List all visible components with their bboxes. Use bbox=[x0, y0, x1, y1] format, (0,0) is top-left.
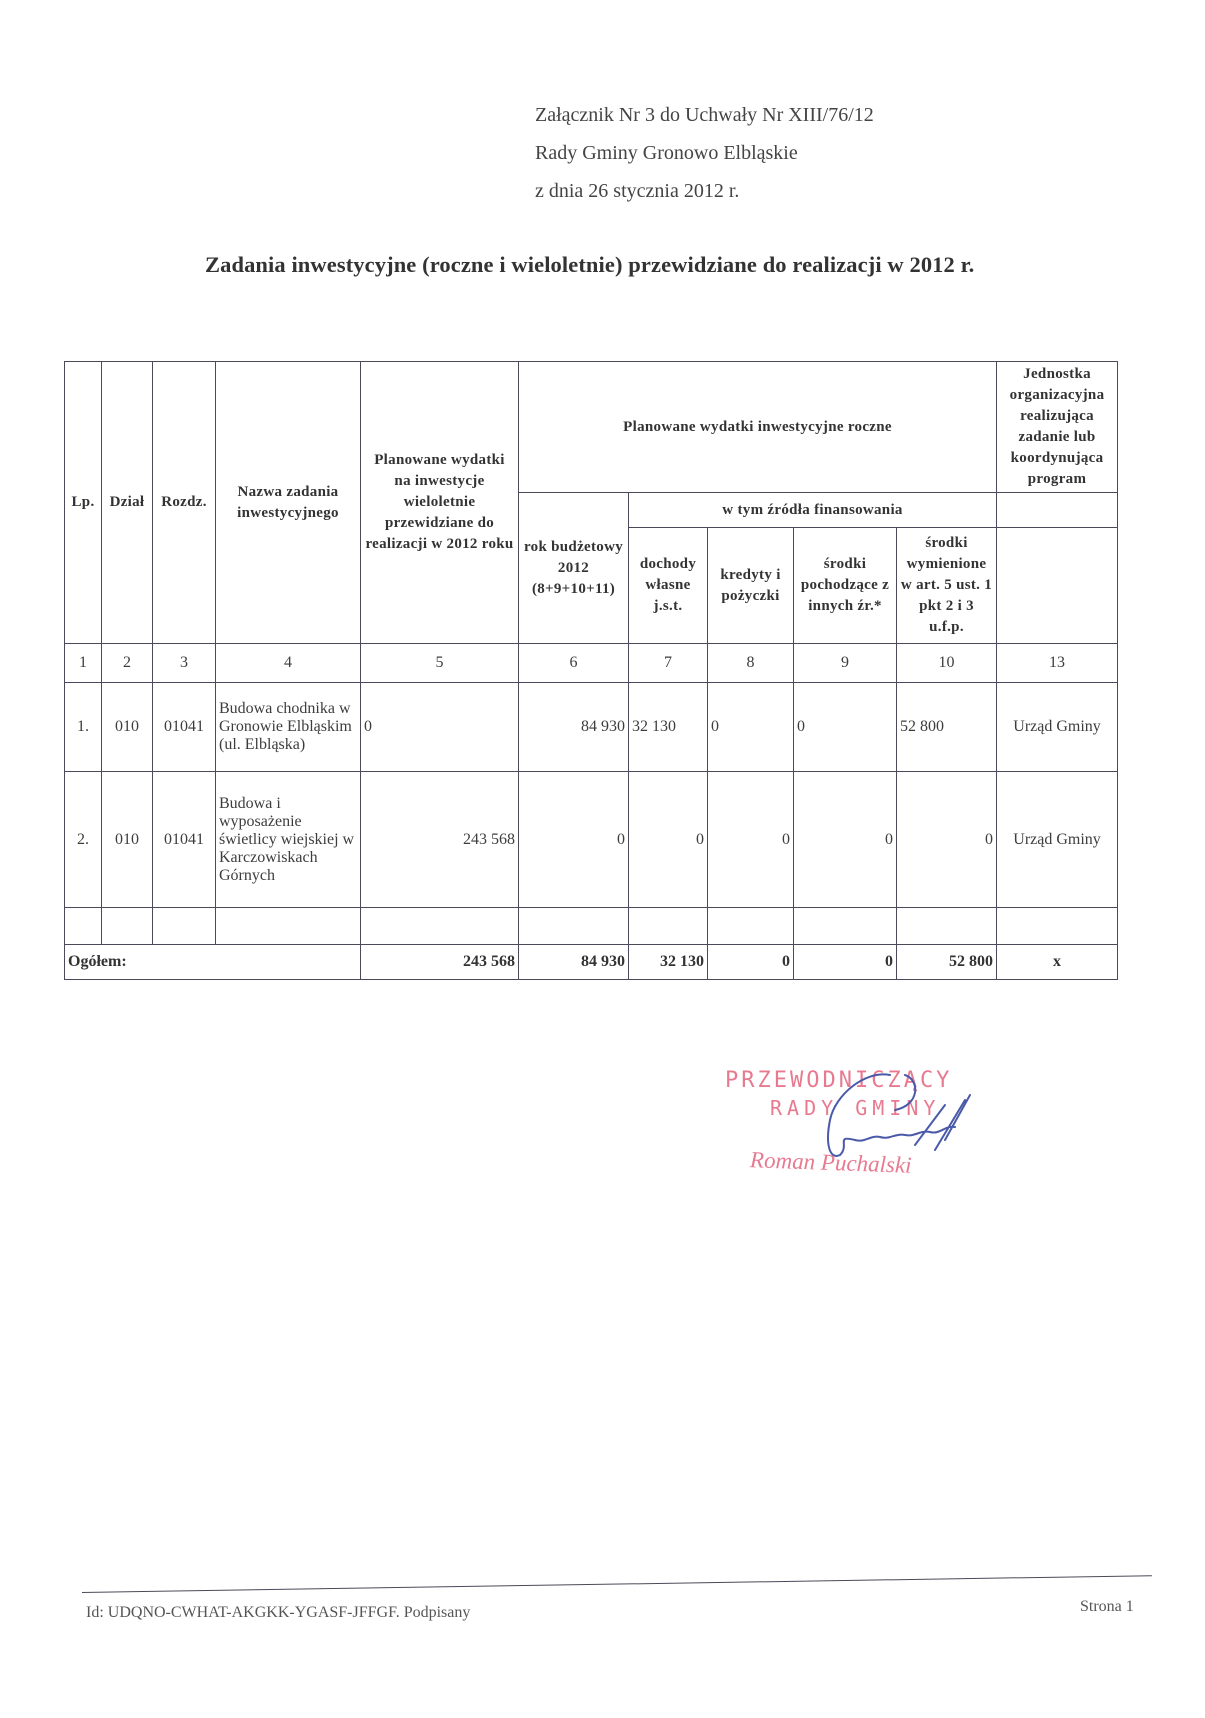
footer-divider bbox=[82, 1575, 1152, 1593]
cell-rok-budzetowy: 84 930 bbox=[519, 683, 629, 772]
table-row: 1. 010 01041 Budowa chodnika w Gronowie … bbox=[65, 683, 1118, 772]
cell-wieloletnie: 0 bbox=[361, 683, 519, 772]
header-dzial: Dział bbox=[102, 362, 153, 644]
cell-kredyty: 0 bbox=[708, 683, 794, 772]
document-id: Id: UDQNO-CWHAT-AKGKK-YGASF-JFFGF. Podpi… bbox=[86, 1604, 470, 1622]
header-lp: Lp. bbox=[65, 362, 102, 644]
annex-header: Załącznik Nr 3 do Uchwały Nr XIII/76/12 … bbox=[535, 96, 874, 210]
cell-srodki-art5: 0 bbox=[897, 772, 997, 908]
cell-lp: 2. bbox=[65, 772, 102, 908]
column-number: 4 bbox=[216, 644, 361, 683]
header-rok-budzetowy: rok budżetowy 2012 (8+9+10+11) bbox=[519, 493, 629, 644]
annex-line-3: z dnia 26 stycznia 2012 r. bbox=[535, 172, 874, 210]
total-dochody: 32 130 bbox=[629, 945, 708, 980]
cell-srodki-inne: 0 bbox=[794, 772, 897, 908]
column-number: 3 bbox=[153, 644, 216, 683]
cell-dzial: 010 bbox=[102, 772, 153, 908]
column-number: 9 bbox=[794, 644, 897, 683]
header-rozdz: Rozdz. bbox=[153, 362, 216, 644]
cell-nazwa: Budowa chodnika w Gronowie Elbląskim (ul… bbox=[216, 683, 361, 772]
header-kredyty: kredyty i pożyczki bbox=[708, 528, 794, 644]
header-roczne: Planowane wydatki inwestycyjne roczne bbox=[519, 362, 997, 493]
header-srodki-art5: środki wymienione w art. 5 ust. 1 pkt 2 … bbox=[897, 528, 997, 644]
total-srodki-inne: 0 bbox=[794, 945, 897, 980]
cell-rozdz: 01041 bbox=[153, 683, 216, 772]
cell-dzial: 010 bbox=[102, 683, 153, 772]
header-blank-cell bbox=[997, 528, 1118, 644]
column-number: 8 bbox=[708, 644, 794, 683]
header-blank-cell bbox=[997, 493, 1118, 528]
cell-dochody: 0 bbox=[629, 772, 708, 908]
cell-srodki-art5: 52 800 bbox=[897, 683, 997, 772]
investment-table: Lp. Dział Rozdz. Nazwa zadania inwestycy… bbox=[64, 361, 1118, 980]
total-row: Ogółem: 243 568 84 930 32 130 0 0 52 800… bbox=[65, 945, 1118, 980]
column-number: 6 bbox=[519, 644, 629, 683]
column-number: 10 bbox=[897, 644, 997, 683]
cell-kredyty: 0 bbox=[708, 772, 794, 908]
header-w-tym: w tym źródła finansowania bbox=[629, 493, 997, 528]
total-wieloletnie: 243 568 bbox=[361, 945, 519, 980]
header-nazwa: Nazwa zadania inwestycyjnego bbox=[216, 362, 361, 644]
cell-lp: 1. bbox=[65, 683, 102, 772]
column-number: 2 bbox=[102, 644, 153, 683]
cell-srodki-inne: 0 bbox=[794, 683, 897, 772]
cell-dochody: 32 130 bbox=[629, 683, 708, 772]
column-number: 5 bbox=[361, 644, 519, 683]
empty-row bbox=[65, 908, 1118, 945]
header-dochody: dochody własne j.s.t. bbox=[629, 528, 708, 644]
annex-line-1: Załącznik Nr 3 do Uchwały Nr XIII/76/12 bbox=[535, 96, 874, 134]
handwritten-signature bbox=[795, 1065, 1005, 1175]
total-jednostka: x bbox=[997, 945, 1118, 980]
total-srodki-art5: 52 800 bbox=[897, 945, 997, 980]
cell-rok-budzetowy: 0 bbox=[519, 772, 629, 908]
header-srodki-inne: środki pochodzące z innych źr.* bbox=[794, 528, 897, 644]
table-row: 2. 010 01041 Budowa i wyposażenie świetl… bbox=[65, 772, 1118, 908]
total-rok-budzetowy: 84 930 bbox=[519, 945, 629, 980]
document-title: Zadania inwestycyjne (roczne i wieloletn… bbox=[205, 252, 974, 278]
annex-line-2: Rady Gminy Gronowo Elbląskie bbox=[535, 134, 874, 172]
column-number-row: 1 2 3 4 5 6 7 8 9 10 13 bbox=[65, 644, 1118, 683]
page-number: Strona 1 bbox=[1080, 1598, 1134, 1616]
header-jednostka: Jednostka organizacyjna realizująca zada… bbox=[997, 362, 1118, 493]
cell-rozdz: 01041 bbox=[153, 772, 216, 908]
cell-jednostka: Urząd Gminy bbox=[997, 683, 1118, 772]
cell-nazwa: Budowa i wyposażenie świetlicy wiejskiej… bbox=[216, 772, 361, 908]
total-kredyty: 0 bbox=[708, 945, 794, 980]
column-number: 7 bbox=[629, 644, 708, 683]
header-wieloletnie: Planowane wydatki na inwestycje wielolet… bbox=[361, 362, 519, 644]
cell-jednostka: Urząd Gminy bbox=[997, 772, 1118, 908]
cell-wieloletnie: 243 568 bbox=[361, 772, 519, 908]
column-number: 13 bbox=[997, 644, 1118, 683]
column-number: 1 bbox=[65, 644, 102, 683]
total-label: Ogółem: bbox=[65, 945, 361, 980]
